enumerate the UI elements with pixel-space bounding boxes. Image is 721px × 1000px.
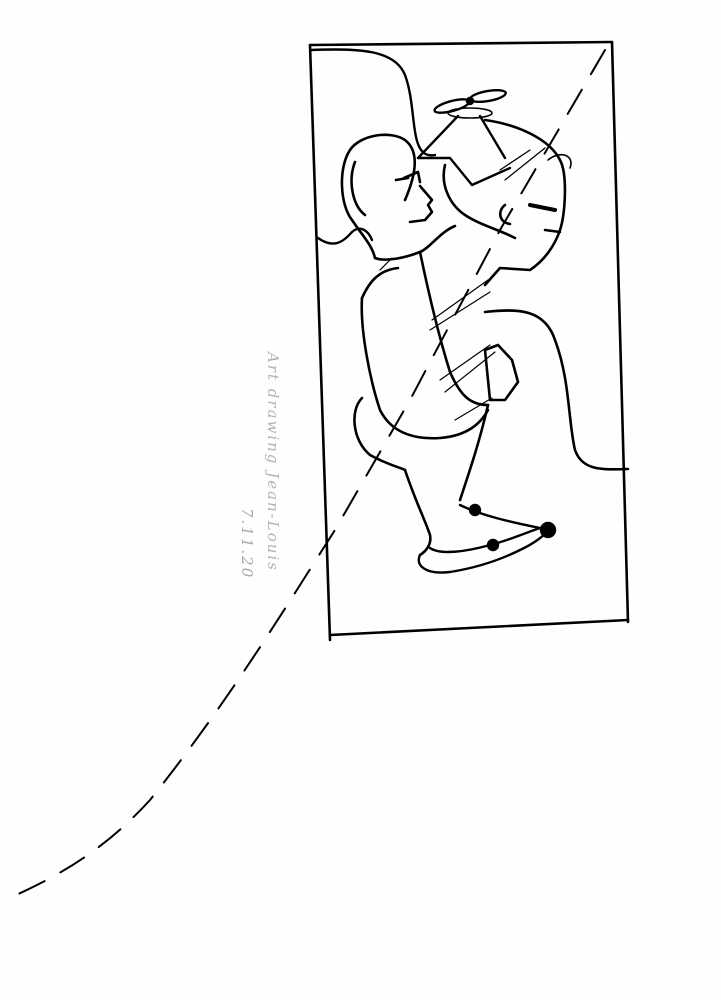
shoe (419, 505, 555, 573)
bald-head (342, 135, 432, 258)
dashed-line (5, 50, 605, 900)
background-curve-right (485, 310, 628, 469)
hatching (380, 258, 495, 420)
curly-head (444, 120, 571, 285)
pencil-caption: Art drawing Jean-Louis (264, 352, 282, 572)
ink-drawing (0, 0, 721, 1000)
propeller-hat (418, 88, 510, 185)
background-curve (311, 49, 435, 155)
pencil-date: 7.11.20 (238, 508, 256, 579)
